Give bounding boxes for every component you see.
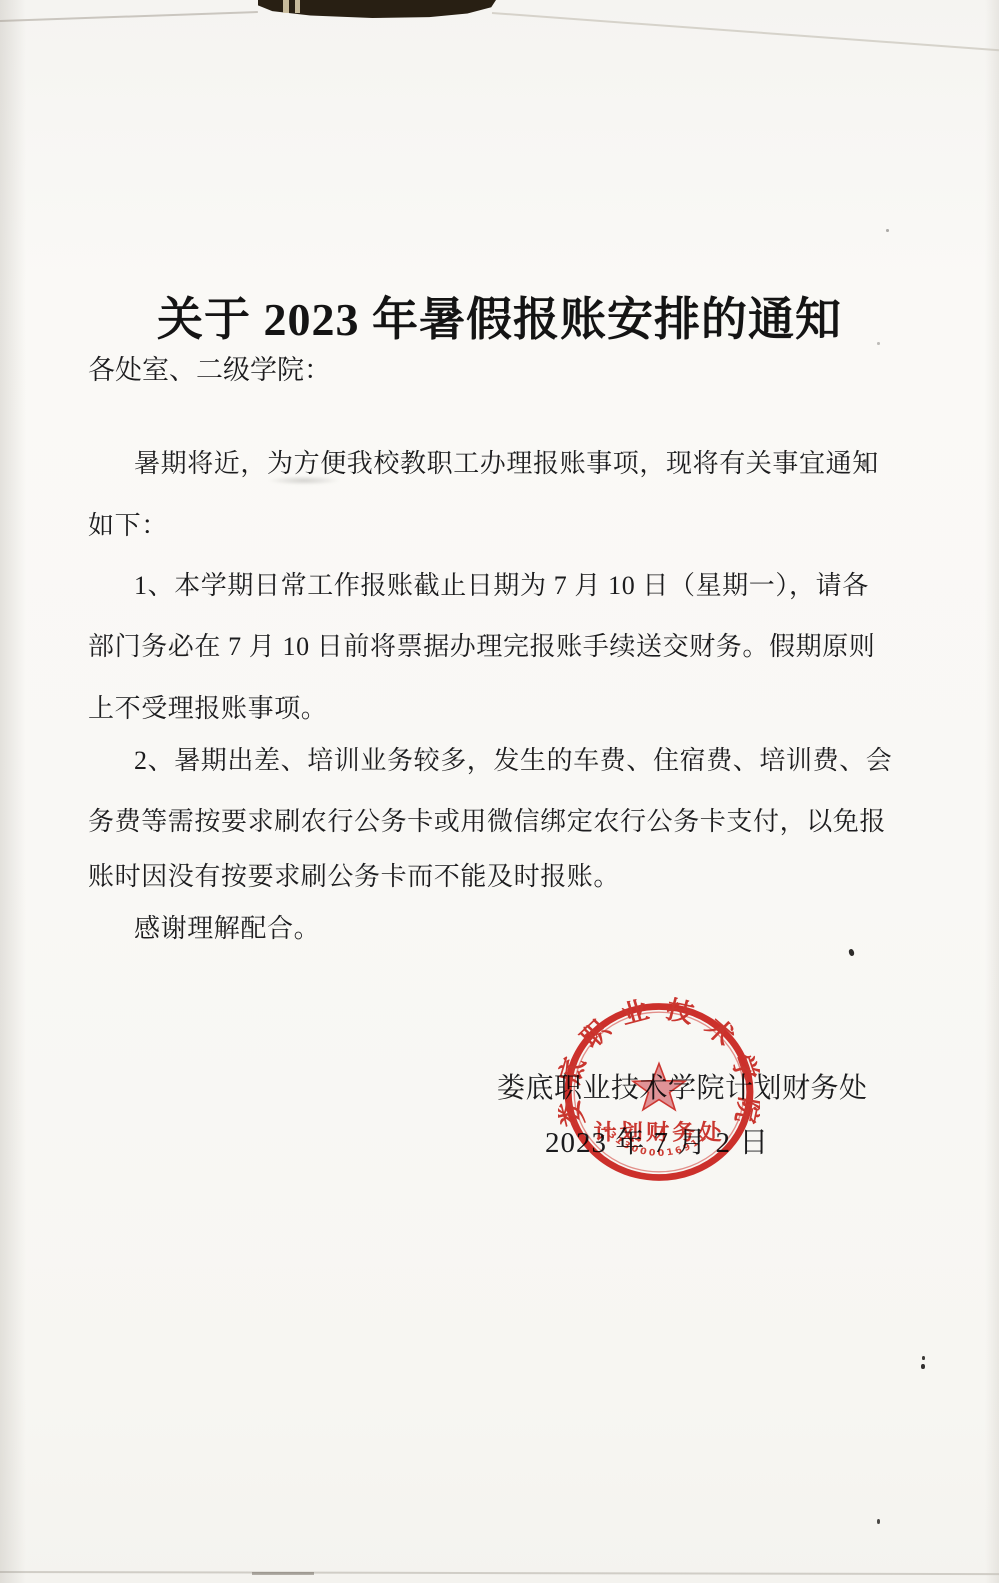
salutation: 各处室、二级学院：: [88, 348, 331, 387]
scan-edge-line: [492, 12, 999, 51]
scan-speck: [886, 229, 889, 232]
scan-artifact-stripe: [295, 0, 300, 13]
scan-artifact-stripe: [283, 0, 289, 13]
scan-speck: [922, 1356, 925, 1360]
body-line: 2、暑期出差、培训业务较多，发生的车费、住宿费、培训费、会: [88, 740, 924, 777]
body-line: 务费等需按要求刷农行公务卡或用微信绑定农行公务卡支付，以免报: [88, 801, 878, 838]
notice-title: 关于 2023 年暑假报账安排的通知: [0, 283, 999, 349]
body-line: 账时因没有按要求刷公务卡而不能及时报账。: [88, 856, 878, 893]
scan-speck: [877, 342, 880, 345]
scan-edge-line: [0, 11, 258, 22]
body-line: 暑期将近，为方便我校教职工办理报账事项，现将有关事宜通知: [88, 443, 924, 480]
star-icon: [633, 1064, 685, 1110]
body-line: 1、本学期日常工作报账截止日期为 7 月 10 日（星期一），请各: [88, 565, 924, 602]
scan-speck: [848, 948, 855, 956]
scan-smudge: [268, 476, 340, 485]
scan-speck: [921, 1364, 925, 1369]
scan-edge-line: [252, 1572, 314, 1575]
body-line: 如下：: [88, 505, 878, 542]
scan-speck: [877, 1519, 880, 1524]
official-seal-stamp: 娄底职业技术学院 计划财务处 4313000016911: [558, 997, 760, 1187]
scanned-notice-page: 关于 2023 年暑假报账安排的通知 各处室、二级学院： 暑期将近，为方便我校教…: [0, 0, 999, 1583]
scan-edge-line: [0, 1571, 999, 1575]
scan-artifact-blob: [258, 0, 496, 18]
body-line: 上不受理报账事项。: [88, 688, 878, 725]
body-line: 感谢理解配合。: [88, 908, 924, 945]
body-line: 部门务必在 7 月 10 日前将票据办理完报账手续送交财务。假期原则: [88, 626, 878, 663]
